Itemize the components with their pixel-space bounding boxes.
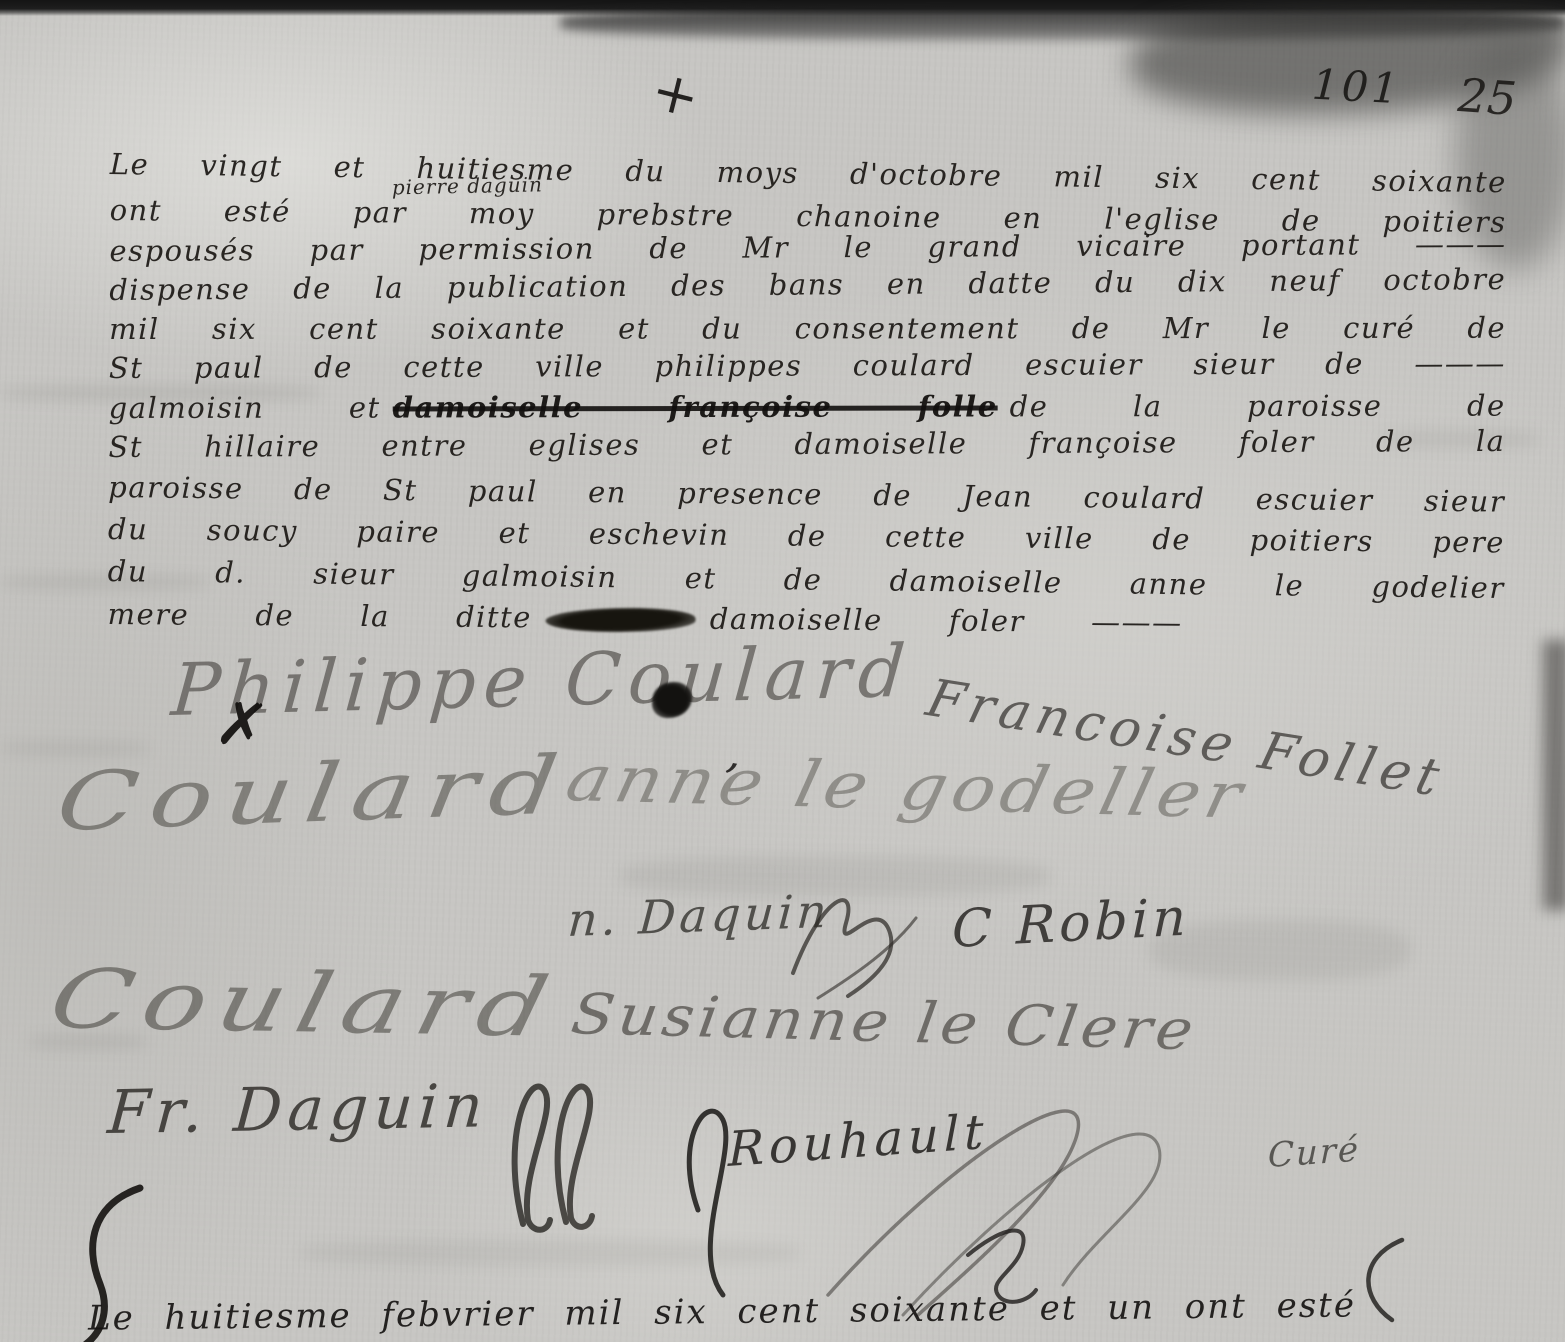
record-line-text: St hillaire entre eglises et damoiselle … <box>108 424 1505 464</box>
record-line: mil six cent soixante et du consentement… <box>109 308 1506 349</box>
rouhault-flourish-icon <box>668 1080 1268 1320</box>
signature-coulard: Coulard <box>51 738 576 849</box>
record-line-text: St paul de cette ville philippes coulard… <box>109 346 1506 385</box>
struck-through-text: damoiselle françoise folle <box>393 389 998 424</box>
signature-cure: Curé <box>1268 1129 1361 1176</box>
inked-out-word <box>546 606 697 634</box>
record-line-text: de la paroisse de <box>1010 389 1506 424</box>
record-line-text: mil six cent soixante et du consentement… <box>109 311 1506 346</box>
signature-fr-daguin: Fr. Daguin <box>106 1071 491 1148</box>
record-line-text: galmoisin et <box>109 391 381 425</box>
signature-robin: C Robin <box>951 887 1190 960</box>
record-line: St paul de cette ville philippes coulard… <box>109 343 1506 388</box>
ink-cross-out-mark: ✗ <box>211 685 273 765</box>
daquin-paraph-icon <box>778 878 928 1008</box>
manuscript-page: + 101 25 pierre daguin Le vingt et huiti… <box>0 0 1565 1342</box>
record-line-text: dispense de la publication des bans en d… <box>109 262 1506 307</box>
record-line: St hillaire entre eglises et damoiselle … <box>108 421 1505 467</box>
record-line-text: mere de la ditte <box>107 597 532 634</box>
daguin-paraph-icon <box>478 1052 618 1237</box>
signature-coulard-2: Coulard <box>42 952 568 1055</box>
